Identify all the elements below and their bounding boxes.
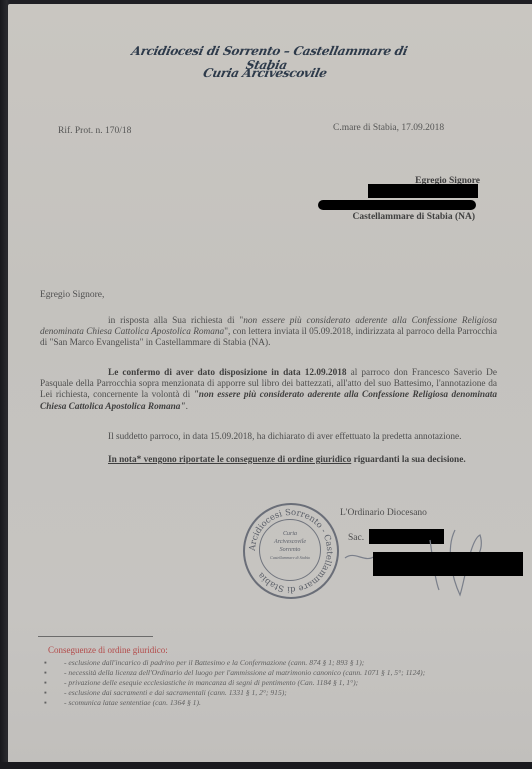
bullet-icon: ▪ [44,678,47,688]
footnote-text: - esclusione dai sacramenti e dai sacram… [64,688,287,697]
footnote-list: ▪- esclusione dall'incarico di padrino p… [44,658,494,708]
stamp-line-2: Arcivescovile [260,538,320,546]
redacted-recipient-address [318,200,476,210]
footnote-text: - privazione delle esequie ecclesiastich… [64,678,358,687]
paragraph-4: In nota* vengono riportate le conseguenz… [40,455,497,466]
p4-underlined: In nota* vengono riportate le conseguenz… [108,455,351,465]
photo-background-bottom [0,762,532,769]
footnote-item: ▪- esclusione dall'incarico di padrino p… [44,658,494,668]
signature-role: L'Ordinario Diocesano [340,508,427,518]
p4-rest: riguardanti la sua decisione. [351,455,465,465]
recipient-city: Castellammare di Stabia (NA) [352,212,475,222]
footnote-item: ▪- necessità della licenza dell'Ordinari… [44,668,494,678]
footnote-item: ▪- esclusione dai sacramenti e dai sacra… [44,688,494,698]
official-stamp: Arcidiocesi Sorrento - Castellammare di … [243,503,339,599]
redacted-recipient-name [368,184,478,198]
footnote-separator [38,636,153,637]
bullet-icon: ▪ [44,668,47,678]
redacted-signature [373,552,523,576]
footnote-text: - esclusione dall'incarico di padrino pe… [64,658,364,667]
footnote-text: - scomunica latae sententiae (can. 1364 … [64,698,201,707]
stamp-line-3: Sorrento [260,546,320,554]
paragraph-2: Le confermo di aver dato disposizione in… [40,368,497,413]
footnote-item: ▪- privazione delle esequie ecclesiastic… [44,678,494,688]
p1-text-a: in risposta alla Sua richiesta di " [108,316,243,326]
p3-text: Il suddetto parroco, in data 15.09.2018,… [108,432,462,442]
stamp-line-4: Castellammare di Stabia [260,554,320,562]
footnote-title: Conseguenze di ordine giuridico: [48,645,168,655]
salutation: Egregio Signore, [40,290,104,300]
paragraph-1: in risposta alla Sua richiesta di "non e… [40,316,497,350]
protocol-number: Rif. Prot. n. 170/18 [58,126,131,136]
bullet-icon: ▪ [44,698,47,708]
letterhead-curia: Curia Arcivescovile [189,66,342,80]
p2-bold: Le confermo di aver dato disposizione in… [108,368,347,378]
paragraph-3: Il suddetto parroco, in data 15.09.2018,… [40,432,497,443]
footnote-text: - necessità della licenza dell'Ordinario… [64,668,425,677]
footnote-item: ▪- scomunica latae sententiae (can. 1364… [44,698,494,708]
stamp-center: Curia Arcivescovile Sorrento Castellamma… [259,519,321,581]
stamp-line-1: Curia [260,530,320,538]
place-date: C.mare di Stabia, 17.09.2018 [333,123,444,133]
bullet-icon: ▪ [44,688,47,698]
bullet-icon: ▪ [44,658,47,668]
